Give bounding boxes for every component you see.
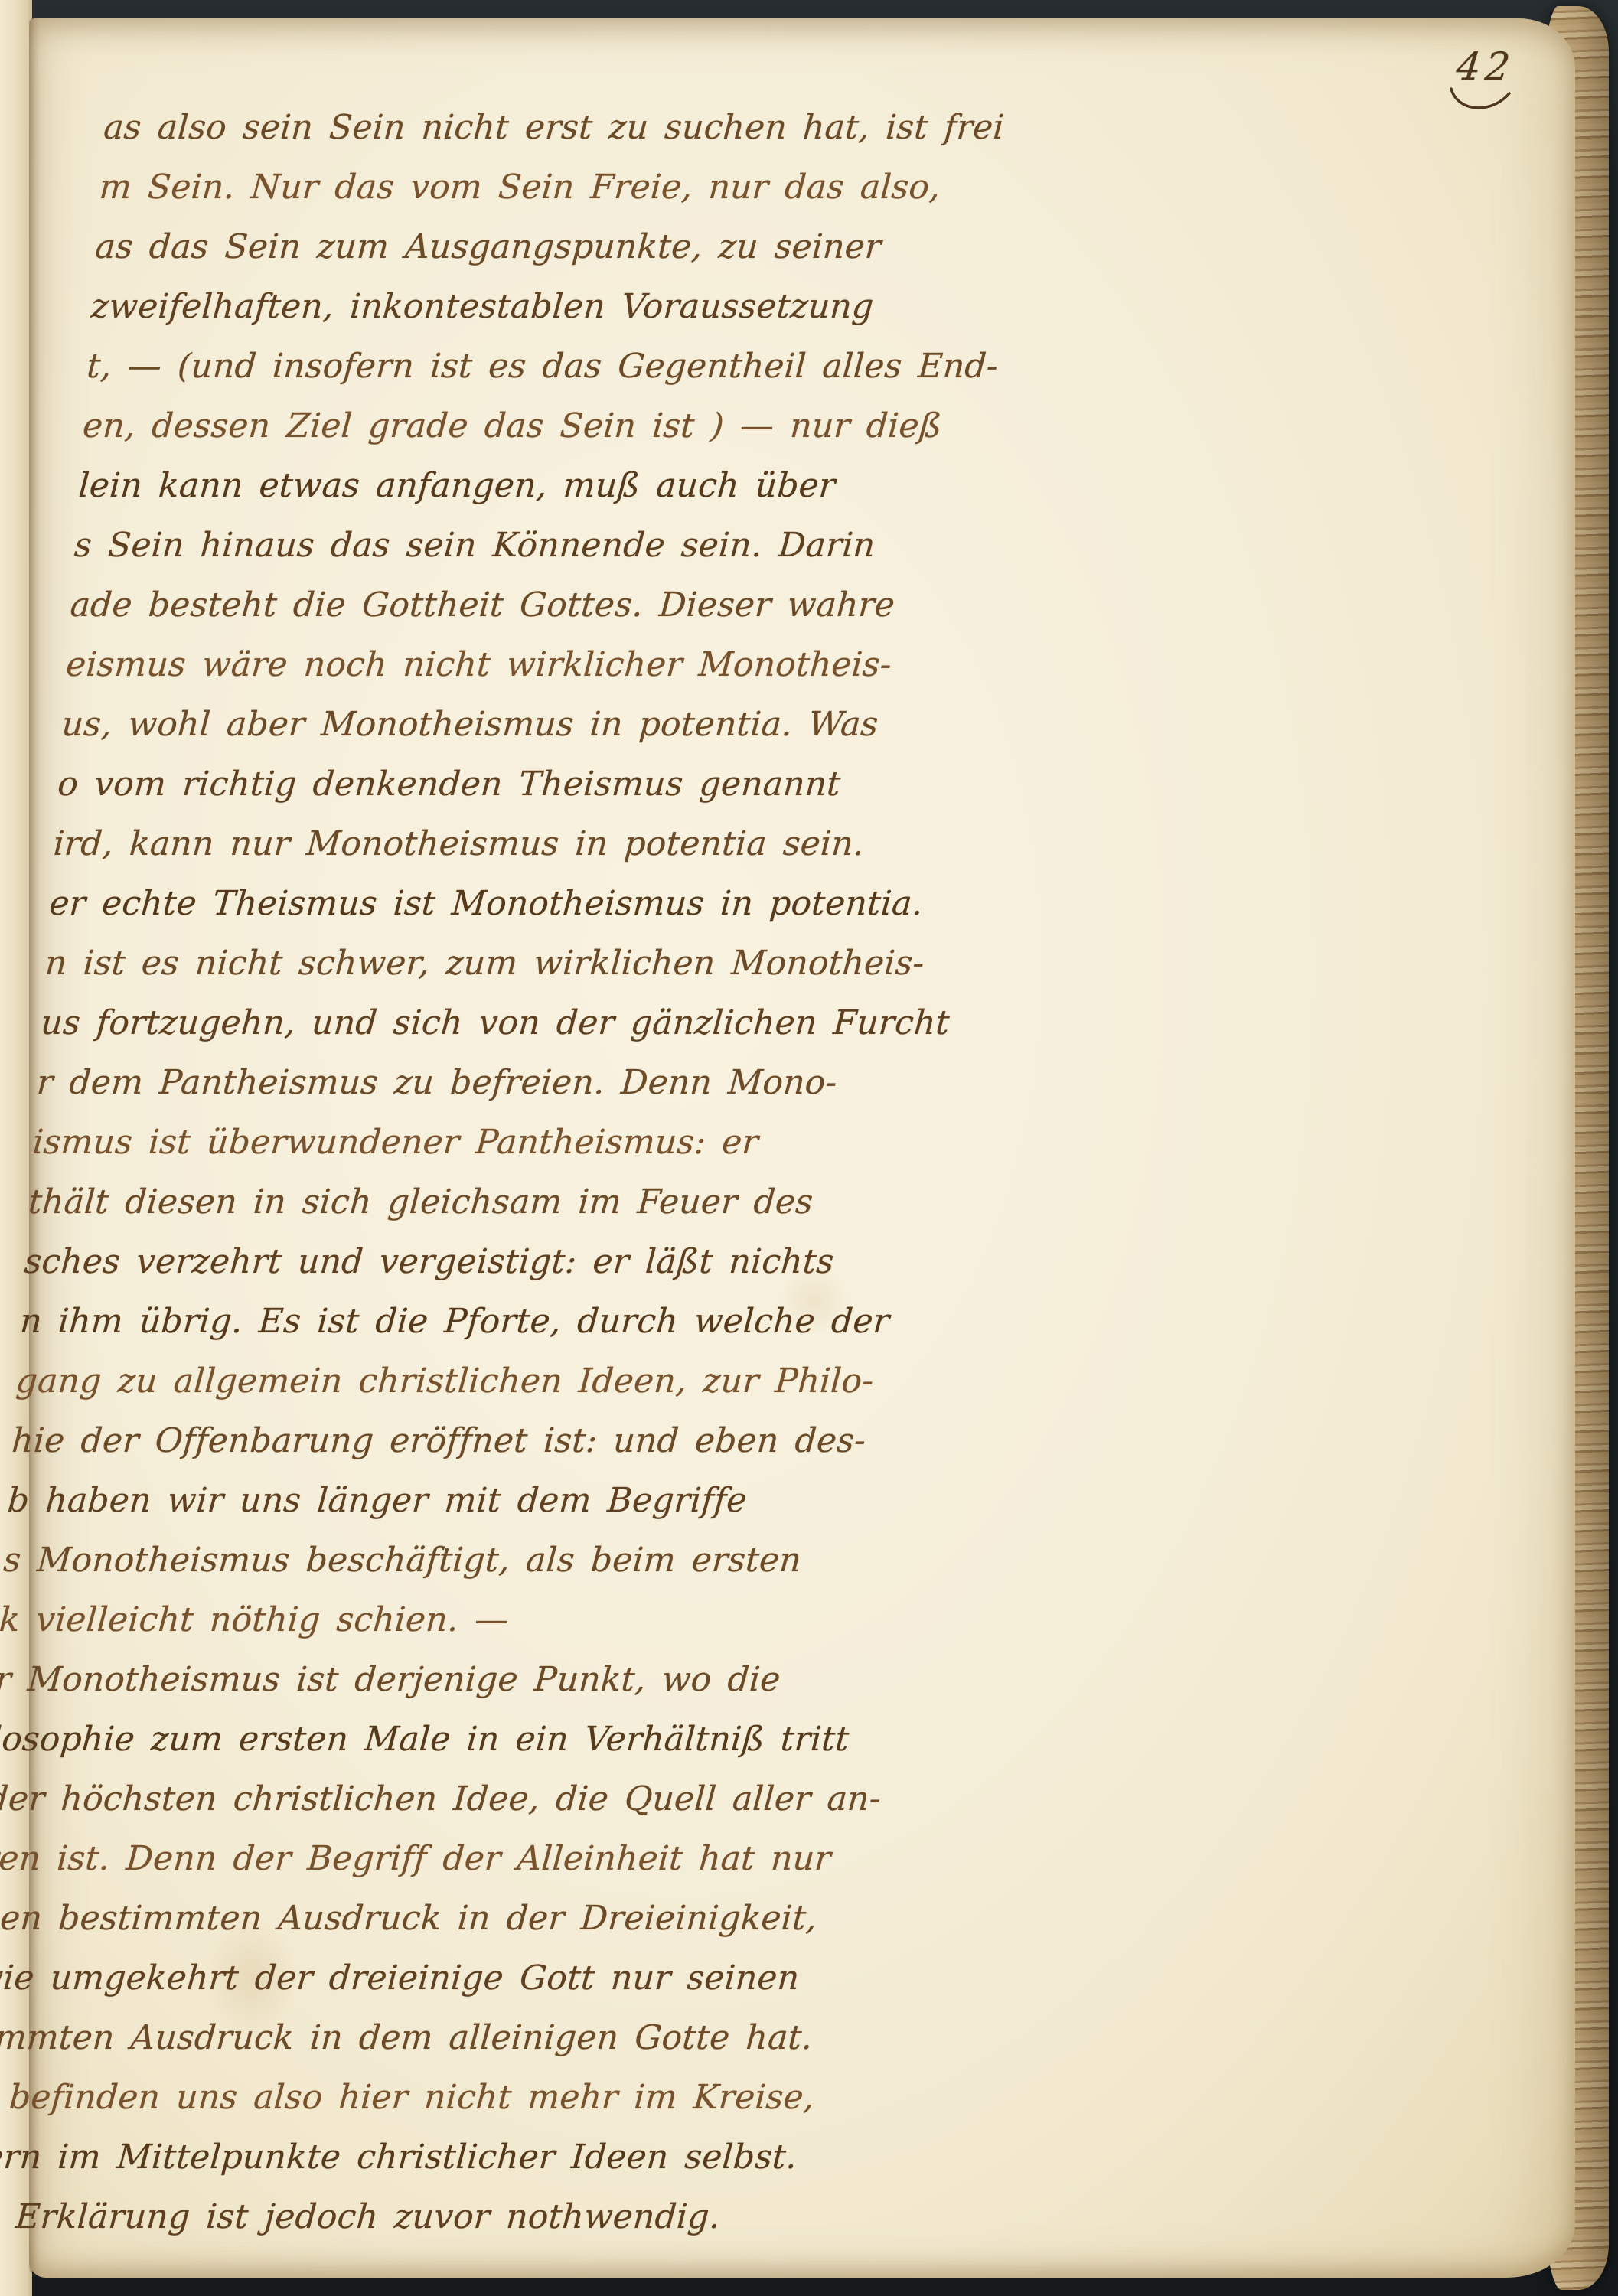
manuscript-line: gang zu allgemein christlichen Ideen, zu… [14, 1352, 921, 1411]
manuscript-page: 42 as also sein Sein nicht erst zu suche… [29, 18, 1575, 2278]
manuscript-line: t, — (und insofern ist es das Gegentheil… [85, 337, 992, 396]
manuscript-line: lein kann etwas anfangen, muß auch über [77, 456, 984, 516]
manuscript-line: m Sein. Nur das vom Sein Freie, nur das … [97, 158, 1004, 217]
manuscript-line: thält diesen in sich gleichsam im Feuer … [27, 1172, 934, 1232]
manuscript-line: er echte Theismus ist Monotheismus in po… [47, 874, 954, 934]
manuscript-line: zweifelhaften, inkontestablen Voraussetz… [89, 277, 996, 337]
manuscript-line: ird, kann nur Monotheismus in potentia s… [51, 814, 958, 874]
manuscript-line: der höchsten christlichen Idee, die Quel… [0, 1769, 892, 1829]
manuscript-line: ne Erklärung ist jedoch zuvor nothwendig… [0, 2187, 863, 2247]
manuscript-line: r Monotheismus ist derjenige Punkt, wo d… [0, 1650, 900, 1710]
manuscript-line: o vom richtig denkenden Theismus genannt [56, 755, 963, 814]
manuscript-line: s Monotheismus beschäftigt, als beim ers… [2, 1531, 908, 1590]
page-number-value: 42 [1454, 44, 1517, 89]
manuscript-line: timmten Ausdruck in dem alleinigen Gotte… [0, 2008, 876, 2068]
manuscript-line: k vielleicht nöthig schien. — [0, 1590, 905, 1650]
manuscript-line: ismus ist überwundener Pantheismus: er [31, 1113, 938, 1172]
manuscript-line: n ist es nicht schwer, zum wirklichen Mo… [43, 934, 950, 993]
manuscript-line: n ihm übrig. Es ist die Pforte, durch we… [18, 1292, 925, 1352]
page-number: 42 [1436, 44, 1535, 116]
manuscript-line: nen bestimmten Ausdruck in der Dreieinig… [0, 1889, 884, 1949]
manuscript-line: as das Sein zum Ausgangspunkte, zu seine… [93, 217, 1000, 277]
manuscript-line: as also sein Sein nicht erst zu suchen h… [102, 98, 1009, 158]
manuscript-line: s Sein hinaus das sein Könnende sein. Da… [73, 516, 980, 576]
manuscript-line: sches verzehrt und vergeistigt: er läßt … [22, 1232, 929, 1292]
manuscript-line: hie der Offenbarung eröffnet ist: und eb… [10, 1411, 917, 1471]
manuscript-line: ren ist. Denn der Begriff der Alleinheit… [0, 1829, 888, 1889]
manuscript-line: losophie zum ersten Male in ein Verhältn… [0, 1710, 896, 1769]
manuscript-line: ade besteht die Gottheit Gottes. Dieser … [68, 576, 975, 635]
manuscript-line: en, dessen Ziel grade das Sein ist ) — n… [80, 396, 987, 456]
manuscript-line: us fortzugehn, und sich von der gänzlich… [39, 993, 946, 1053]
manuscript-line: wie umgekehrt der dreieinige Gott nur se… [0, 1949, 879, 2008]
manuscript-text: as also sein Sein nicht erst zu suchen h… [0, 98, 1009, 2247]
book-scan: 42 as also sein Sein nicht erst zu suche… [0, 0, 1618, 2296]
manuscript-line: ir befinden uns also hier nicht mehr im … [0, 2068, 871, 2128]
manuscript-line: dern im Mittelpunkte christlicher Ideen … [0, 2128, 867, 2187]
manuscript-line: eismus wäre noch nicht wirklicher Monoth… [64, 635, 971, 695]
manuscript-line: b haben wir uns länger mit dem Begriffe [5, 1471, 912, 1531]
manuscript-line: r dem Pantheismus zu befreien. Denn Mono… [34, 1053, 941, 1113]
manuscript-line: us, wohl aber Monotheismus in potentia. … [60, 695, 967, 755]
